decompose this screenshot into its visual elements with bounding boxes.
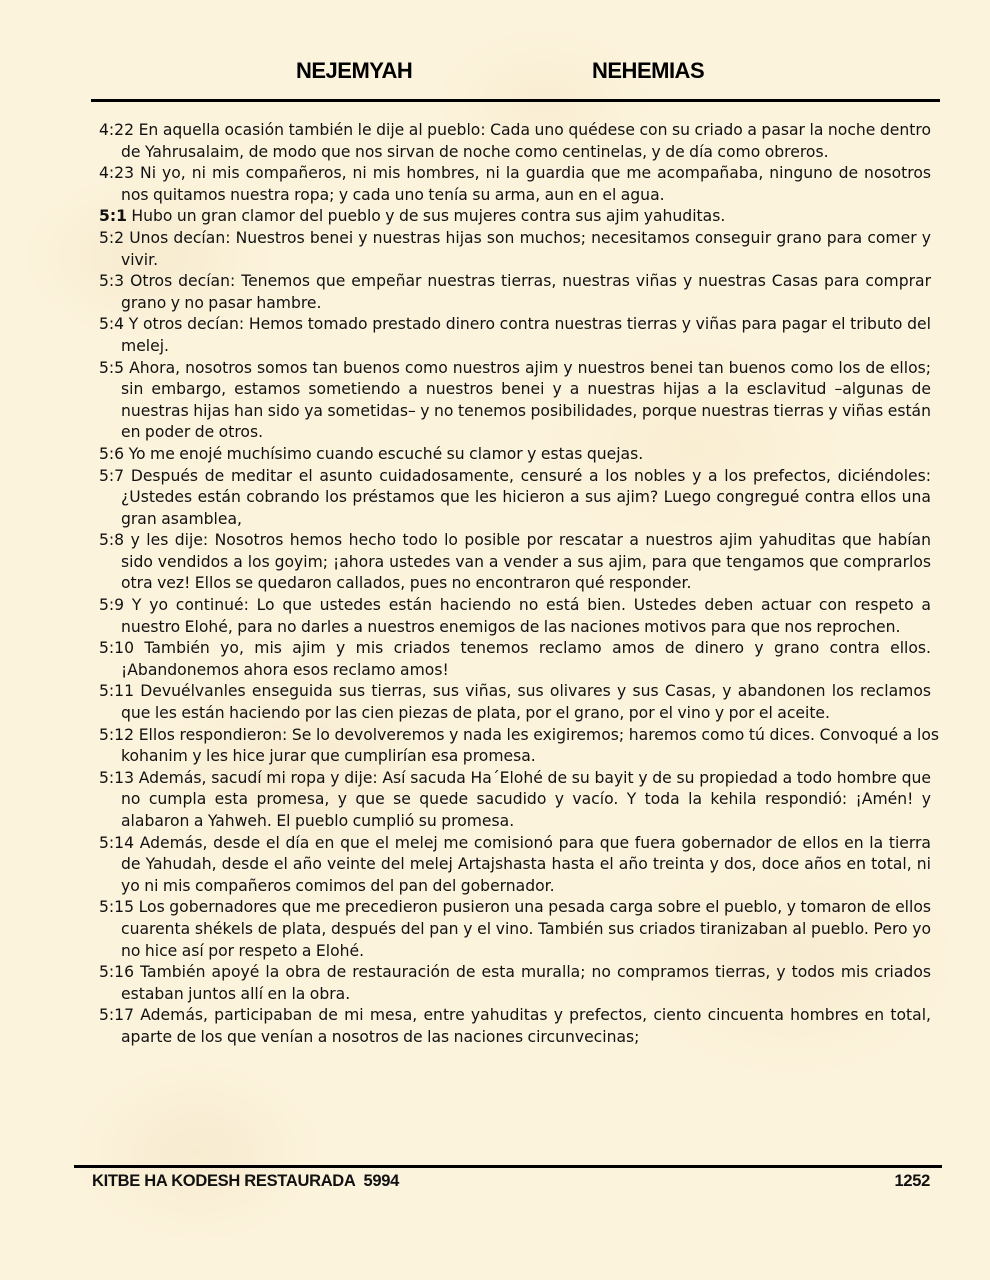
verse-reference: 5:17 — [99, 1006, 134, 1024]
verse-text: Ni yo, ni mis compañeros, ni mis hombres… — [121, 164, 931, 204]
verse-reference: 5:14 — [99, 834, 134, 852]
verse-reference: 4:22 — [99, 121, 134, 139]
verse-reference: 5:16 — [99, 963, 134, 981]
verse-reference: 5:6 — [99, 445, 124, 463]
verse: 5:13 Además, sacudí mi ropa y dije: Así … — [99, 768, 931, 833]
verse: 5:4 Y otros decían: Hemos tomado prestad… — [99, 314, 931, 357]
verse: 5:8 y les dije: Nosotros hemos hecho tod… — [99, 530, 931, 595]
verse: 5:15 Los gobernadores que me precedieron… — [99, 897, 931, 962]
verse-text: Otros decían: Tenemos que empeñar nuestr… — [121, 272, 931, 312]
verse: 5:11 Devuélvanles enseguida sus tierras,… — [99, 681, 931, 724]
header-title-spanish: NEHEMIAS — [592, 58, 704, 84]
verse-reference: 5:4 — [99, 315, 124, 333]
verse: 5:9 Y yo continué: Lo que ustedes están … — [99, 595, 931, 638]
verse-reference: 5:8 — [99, 531, 124, 549]
verse-reference: 5:15 — [99, 898, 134, 916]
verse-text: Después de meditar el asunto cuidadosame… — [121, 467, 931, 528]
verse-text: Devuélvanles enseguida sus tierras, sus … — [121, 682, 931, 722]
verse: 5:2 Unos decían: Nuestros benei y nuestr… — [99, 228, 931, 271]
verse-reference: 5:9 — [99, 596, 124, 614]
verse: 5:6 Yo me enojé muchísimo cuando escuché… — [99, 444, 931, 466]
verse-text: Y otros decían: Hemos tomado prestado di… — [121, 315, 931, 355]
verse: 5:1 Hubo un gran clamor del pueblo y de … — [99, 206, 931, 228]
verse-text: Además, participaban de mi mesa, entre y… — [121, 1006, 931, 1046]
verse: 5:5 Ahora, nosotros somos tan buenos com… — [99, 358, 931, 444]
header-title-hebrew: NEJEMYAH — [296, 58, 412, 84]
verse-text: Unos decían: Nuestros benei y nuestras h… — [121, 229, 931, 269]
verse-text: Y yo continué: Lo que ustedes están haci… — [121, 596, 931, 636]
verse: 4:23 Ni yo, ni mis compañeros, ni mis ho… — [99, 163, 931, 206]
verse: 4:22 En aquella ocasión también le dije … — [99, 120, 931, 163]
verse-text: También apoyé la obra de restauración de… — [121, 963, 931, 1003]
verse: 5:7 Después de meditar el asunto cuidado… — [99, 466, 931, 531]
page-header: NEJEMYAH NEHEMIAS — [0, 58, 990, 90]
page-number: 1252 — [894, 1172, 930, 1191]
verse-text: Los gobernadores que me precedieron pusi… — [121, 898, 931, 959]
verse-text: Ahora, nosotros somos tan buenos como nu… — [121, 359, 931, 442]
verse-text: Ellos respondieron: Se lo devolveremos y… — [121, 726, 939, 766]
verse-text: Hubo un gran clamor del pueblo y de sus … — [131, 207, 725, 225]
verse-text: En aquella ocasión también le dije al pu… — [121, 121, 931, 161]
verse: 5:16 También apoyé la obra de restauraci… — [99, 962, 931, 1005]
verse-list: 4:22 En aquella ocasión también le dije … — [99, 120, 931, 1049]
verse: 5:17 Además, participaban de mi mesa, en… — [99, 1005, 931, 1048]
verse-reference: 5:5 — [99, 359, 124, 377]
verse: 5:14 Además, desde el día en que el mele… — [99, 833, 931, 898]
verse-reference: 5:1 — [99, 207, 127, 225]
page-footer: KITBE HA KODESH RESTAURADA 5994 1252 — [92, 1172, 930, 1194]
verse-reference: 5:2 — [99, 229, 124, 247]
verse-reference: 4:23 — [99, 164, 134, 182]
verse-text: Yo me enojé muchísimo cuando escuché su … — [129, 445, 644, 463]
verse-text: Además, sacudí mi ropa y dije: Así sacud… — [121, 769, 931, 830]
verse-reference: 5:3 — [99, 272, 124, 290]
verse-reference: 5:12 — [99, 726, 134, 744]
verse: 5:3 Otros decían: Tenemos que empeñar nu… — [99, 271, 931, 314]
verse-reference: 5:11 — [99, 682, 134, 700]
verse-text: Además, desde el día en que el melej me … — [121, 834, 931, 895]
header-divider — [91, 99, 940, 102]
footer-book-title: KITBE HA KODESH RESTAURADA 5994 — [92, 1172, 399, 1191]
footer-divider — [74, 1165, 942, 1168]
verse-reference: 5:13 — [99, 769, 134, 787]
verse-text: y les dije: Nosotros hemos hecho todo lo… — [121, 531, 931, 592]
verse-reference: 5:10 — [99, 639, 134, 657]
verse: 5:12 Ellos respondieron: Se lo devolvere… — [99, 725, 939, 768]
verse-text: También yo, mis ajim y mis criados tenem… — [121, 639, 931, 679]
verse: 5:10 También yo, mis ajim y mis criados … — [99, 638, 931, 681]
verse-reference: 5:7 — [99, 467, 124, 485]
